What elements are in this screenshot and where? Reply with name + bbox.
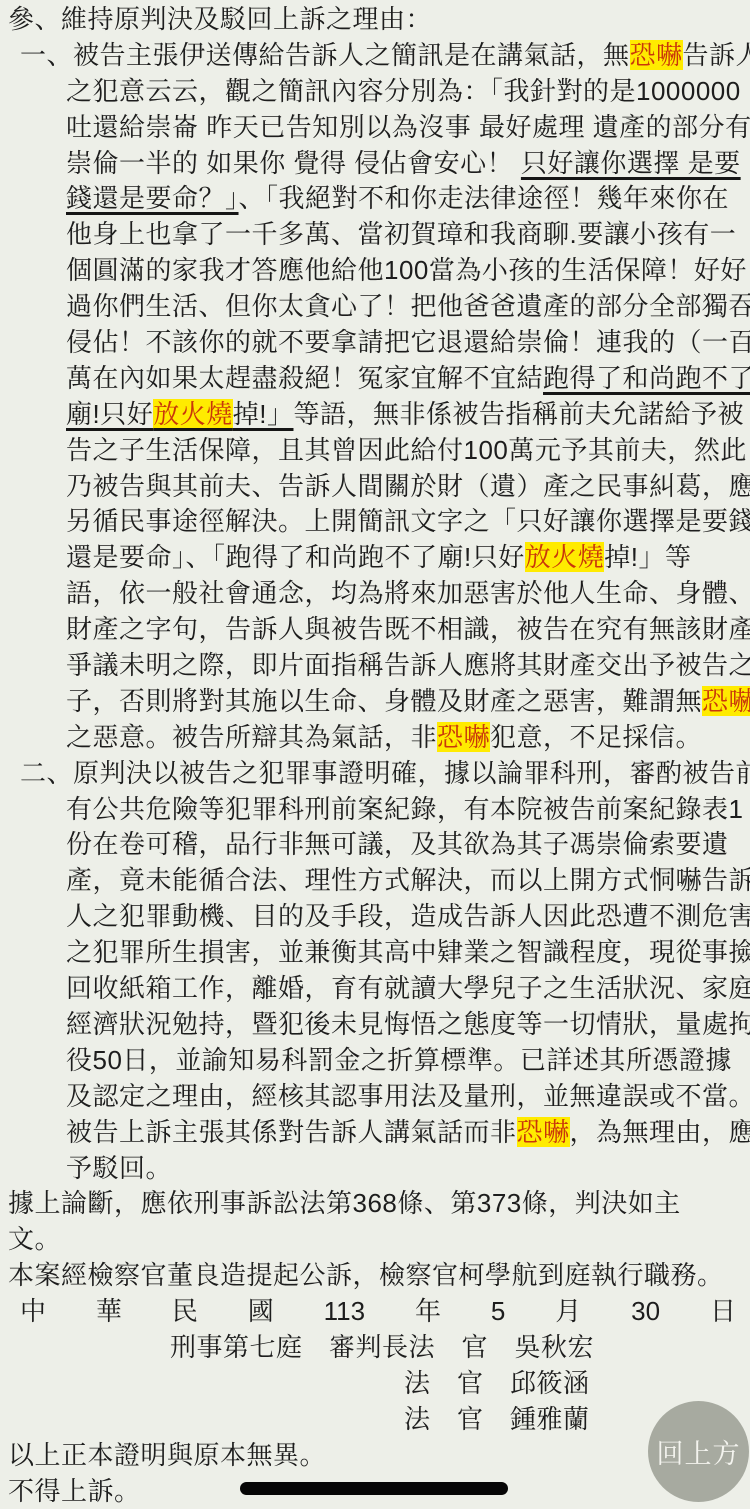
text-segment: 予駁回。: [66, 1153, 172, 1183]
underlined-text: 只好讓你選擇 是要: [521, 148, 741, 178]
text-segment: 崇倫一半的 如果你 覺得 侵佔會安心！: [66, 148, 521, 178]
redaction-bar: [240, 1482, 508, 1495]
text-segment: 不得上訴。: [8, 1476, 141, 1506]
document-line: 以上正本證明與原本無異。: [0, 1438, 750, 1474]
text-segment: 中: [20, 1294, 46, 1330]
text-segment: 過你們生活、但你太貪心了！把他爸爸遺產的部分全部獨吞: [66, 291, 750, 321]
underlined-text: 跑得了和尚跑不了: [543, 363, 750, 393]
highlighted-term: 放火燒: [153, 399, 233, 429]
text-segment: 另循民事途徑解決。上開簡訊文字之「只好讓你選擇是要錢: [66, 506, 750, 536]
document-line: 錢還是要命？」、「我絕對不和你走法律途徑！幾年來你在: [0, 181, 750, 217]
document-line: 人之犯罪動機、目的及手段，造成告訴人因此恐遭不測危害: [0, 899, 750, 935]
text-segment: 法 官 鍾雅蘭: [404, 1404, 590, 1434]
document-line: 吐還給崇崙 昨天已告知別以為沒事 最好處理 遺產的部分有: [0, 110, 750, 146]
text-segment: 30: [631, 1294, 660, 1330]
document-line: 廟!只好放火燒掉!」等語，無非係被告指稱前夫允諾給予被: [0, 397, 750, 433]
text-segment: 民: [172, 1294, 198, 1330]
highlighted-term: 放火燒: [525, 542, 605, 572]
text-segment: 二、原判決以被告之犯罪事證明確，據以論罪科刑，審酌被告前: [20, 758, 750, 788]
document-line: 另循民事途徑解決。上開簡訊文字之「只好讓你選擇是要錢: [0, 504, 750, 540]
document-line: 份在卷可稽，品行非無可議，及其欲為其子馮崇倫索要遺: [0, 827, 750, 863]
document-line: 刑事第七庭 審判長法 官 吳秋宏: [0, 1330, 750, 1366]
document-line: 產，竟未能循合法、理性方式解決，而以上開方式恫嚇告訴: [0, 863, 750, 899]
text-segment: 國: [248, 1294, 274, 1330]
back-to-top-label: 回上方: [657, 1432, 741, 1471]
highlighted-term: 恐嚇: [630, 40, 683, 70]
document-line: 予駁回。: [0, 1151, 750, 1187]
document-line: 役50日，並諭知易科罰金之折算標準。已詳述其所憑證據: [0, 1043, 750, 1079]
text-segment: 參、維持原判決及駁回上訴之理由：: [8, 4, 432, 34]
document-line: 過你們生活、但你太貪心了！把他爸爸遺產的部分全部獨吞: [0, 289, 750, 325]
text-segment: 法 官 邱筱涵: [404, 1368, 590, 1398]
document-line: 乃被告與其前夫、告訴人間關於財（遺）產之民事糾葛，應: [0, 469, 750, 505]
text-segment: 犯意，不足採信。: [490, 722, 702, 752]
text-segment: 之犯罪所生損害，並兼衡其高中肄業之智識程度，現從事撿: [66, 937, 750, 967]
text-segment: 人之犯罪動機、目的及手段，造成告訴人因此恐遭不測危害: [66, 901, 750, 931]
text-segment: 等語，無非係被告指稱前夫允諾給予被: [293, 399, 744, 429]
judgment-document: 參、維持原判決及駁回上訴之理由：一、被告主張伊送傳給告訴人之簡訊是在講氣話，無恐…: [0, 0, 750, 1509]
text-segment: 月: [555, 1294, 581, 1330]
underlined-text: 錢還是要命？」: [66, 183, 239, 213]
document-line: 一、被告主張伊送傳給告訴人之簡訊是在講氣話，無恐嚇告訴人: [0, 38, 750, 74]
text-segment: 他身上也拿了一千多萬、當初賀璋和我商聊.要讓小孩有一: [66, 219, 736, 249]
document-line: 之惡意。被告所辯其為氣話，非恐嚇犯意，不足採信。: [0, 720, 750, 756]
text-segment: 經濟狀況勉持，暨犯後未見悔悟之態度等一切情狀，量處拘: [66, 1009, 750, 1039]
document-line: 他身上也拿了一千多萬、當初賀璋和我商聊.要讓小孩有一: [0, 217, 750, 253]
text-segment: 有公共危險等犯罪科刑前案紀錄，有本院被告前案紀錄表1: [66, 794, 743, 824]
underlined-text: 廟!只好: [66, 399, 153, 429]
text-segment: 乃被告與其前夫、告訴人間關於財（遺）產之民事糾葛，應: [66, 471, 750, 501]
text-segment: 、「我絕對不和你走法律途徑！幾年來你在: [239, 183, 730, 213]
document-line: 子，否則將對其施以生命、身體及財產之惡害，難謂無恐嚇: [0, 684, 750, 720]
document-line: 侵佔！不該你的就不要拿請把它退還給崇倫！連我的（一百: [0, 325, 750, 361]
document-line: 還是要命」、「跑得了和尚跑不了廟!只好放火燒掉!」等: [0, 540, 750, 576]
text-segment: 之惡意。被告所辯其為氣話，非: [66, 722, 437, 752]
document-line: 之犯罪所生損害，並兼衡其高中肄業之智識程度，現從事撿: [0, 935, 750, 971]
court-judgment-page: { "page": { "background": "#edefe8", "te…: [0, 0, 750, 1509]
text-segment: 之犯意云云，觀之簡訊內容分別為：「我針對的是1000000: [66, 76, 741, 106]
text-segment: 份在卷可稽，品行非無可議，及其欲為其子馮崇倫索要遺: [66, 829, 729, 859]
text-segment: 據上論斷，應依刑事訴訟法第368條、第373條，判決如主: [8, 1188, 681, 1218]
document-line: 據上論斷，應依刑事訴訟法第368條、第373條，判決如主: [0, 1186, 750, 1222]
highlighted-term: 恐嚇: [437, 722, 490, 752]
text-segment: 還是要命」、「跑得了和尚跑不了廟!只好: [66, 542, 525, 572]
document-line: 被告上訴主張其係對告訴人講氣話而非恐嚇，為無理由，應: [0, 1115, 750, 1151]
text-segment: 侵佔！不該你的就不要拿請把它退還給崇倫！連我的（一百: [66, 327, 750, 357]
document-line: 有公共危險等犯罪科刑前案紀錄，有本院被告前案紀錄表1: [0, 792, 750, 828]
text-segment: 財產之字句，告訴人與被告既不相識，被告在究有無該財產: [66, 614, 750, 644]
text-segment: 掉!」等: [604, 542, 691, 572]
highlighted-term: 恐嚇: [702, 686, 750, 716]
text-segment: 告之子生活保障，且其曾因此給付100萬元予其前夫，然此: [66, 435, 747, 465]
document-line: 語，依一般社會通念，均為將來加惡害於他人生命、身體、: [0, 576, 750, 612]
text-segment: 爭議未明之際，即片面指稱告訴人應將其財產交出予被告之: [66, 650, 750, 680]
document-line: 回收紙箱工作，離婚，育有就讀大學兒子之生活狀況、家庭: [0, 971, 750, 1007]
highlighted-term: 恐嚇: [517, 1117, 570, 1147]
document-line: 萬在內如果太趕盡殺絕！冤家宜解不宜結跑得了和尚跑不了: [0, 361, 750, 397]
document-line: 中華民國113年5月30日: [0, 1294, 750, 1330]
text-segment: ，為無理由，應: [570, 1117, 750, 1147]
text-segment: 產，竟未能循合法、理性方式解決，而以上開方式恫嚇告訴: [66, 865, 750, 895]
text-segment: 刑事第七庭 審判長法 官 吳秋宏: [170, 1332, 594, 1362]
text-segment: 以上正本證明與原本無異。: [8, 1440, 326, 1470]
document-line: 文。: [0, 1222, 750, 1258]
text-segment: 告訴人: [683, 40, 750, 70]
text-segment: 被告上訴主張其係對告訴人講氣話而非: [66, 1117, 517, 1147]
document-line: 經濟狀況勉持，暨犯後未見悔悟之態度等一切情狀，量處拘: [0, 1007, 750, 1043]
document-line: 個圓滿的家我才答應他給他100當為小孩的生活保障！好好: [0, 253, 750, 289]
document-line: 崇倫一半的 如果你 覺得 侵佔會安心！ 只好讓你選擇 是要: [0, 146, 750, 182]
document-line: 法 官 鍾雅蘭: [0, 1402, 750, 1438]
document-line: 本案經檢察官董良造提起公訴，檢察官柯學航到庭執行職務。: [0, 1258, 750, 1294]
underlined-text: 掉!」: [233, 399, 294, 429]
text-segment: 文。: [8, 1224, 61, 1254]
document-line: 告之子生活保障，且其曾因此給付100萬元予其前夫，然此: [0, 433, 750, 469]
text-segment: 語，依一般社會通念，均為將來加惡害於他人生命、身體、: [66, 578, 750, 608]
text-segment: 個圓滿的家我才答應他給他100當為小孩的生活保障！好好: [66, 255, 747, 285]
text-segment: 113: [324, 1294, 365, 1330]
text-segment: 子，否則將對其施以生命、身體及財產之惡害，難謂無: [66, 686, 702, 716]
back-to-top-button[interactable]: 回上方: [648, 1401, 749, 1502]
text-segment: 一、被告主張伊送傳給告訴人之簡訊是在講氣話，無: [20, 40, 630, 70]
text-segment: 華: [96, 1294, 122, 1330]
document-line: 二、原判決以被告之犯罪事證明確，據以論罪科刑，審酌被告前: [0, 756, 750, 792]
text-segment: 吐還給崇崙 昨天已告知別以為沒事 最好處理 遺產的部分有: [66, 112, 750, 142]
document-line: 及認定之理由，經核其認事用法及量刑，並無違誤或不當。: [0, 1079, 750, 1115]
text-segment: 5: [491, 1294, 505, 1330]
document-line: 法 官 邱筱涵: [0, 1366, 750, 1402]
text-segment: 年: [415, 1294, 441, 1330]
document-lines: 參、維持原判決及駁回上訴之理由：一、被告主張伊送傳給告訴人之簡訊是在講氣話，無恐…: [0, 2, 750, 1509]
text-segment: 萬在內如果太趕盡殺絕！冤家宜解不宜結: [66, 363, 543, 393]
document-line: 爭議未明之際，即片面指稱告訴人應將其財產交出予被告之: [0, 648, 750, 684]
text-segment: 日: [710, 1294, 736, 1330]
document-line: 財產之字句，告訴人與被告既不相識，被告在究有無該財產: [0, 612, 750, 648]
document-line: 參、維持原判決及駁回上訴之理由：: [0, 2, 750, 38]
text-segment: 役50日，並諭知易科罰金之折算標準。已詳述其所憑證據: [66, 1045, 732, 1075]
document-line: 之犯意云云，觀之簡訊內容分別為：「我針對的是1000000: [0, 74, 750, 110]
text-segment: 本案經檢察官董良造提起公訴，檢察官柯學航到庭執行職務。: [8, 1260, 724, 1290]
text-segment: 回收紙箱工作，離婚，育有就讀大學兒子之生活狀況、家庭: [66, 973, 750, 1003]
text-segment: 及認定之理由，經核其認事用法及量刑，並無違誤或不當。: [66, 1081, 750, 1111]
